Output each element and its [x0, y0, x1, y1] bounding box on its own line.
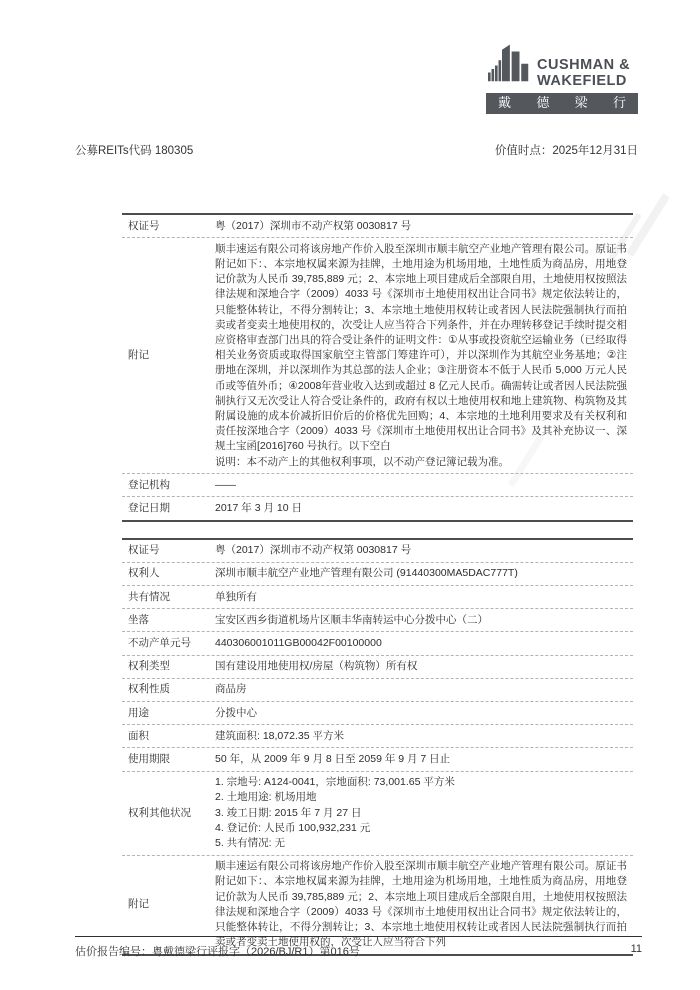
- certificate-table-1: 权证号 粤（2017）深圳市不动产权第 0030817 号 附记 顺丰速运有限公…: [122, 213, 633, 522]
- row-label: 附记: [122, 238, 215, 473]
- row-label: 不动产单元号: [122, 632, 215, 654]
- table-row: 权证号 粤（2017）深圳市不动产权第 0030817 号: [122, 540, 633, 563]
- row-label: 使用期限: [122, 748, 215, 770]
- certificate-table-2: 权证号 粤（2017）深圳市不动产权第 0030817 号 权利人 深圳市顺丰航…: [122, 538, 633, 956]
- table-row: 使用期限 50 年，从 2009 年 9 月 8 日至 2059 年 9 月 7…: [122, 748, 633, 771]
- row-value: 2017 年 3 月 10 日: [215, 497, 633, 519]
- table-row: 登记日期 2017 年 3 月 10 日: [122, 497, 633, 519]
- row-label: 共有情况: [122, 586, 215, 608]
- cushman-wakefield-logo: CUSHMAN & WAKEFIELD 戴德梁行: [486, 40, 638, 114]
- row-label: 权利性质: [122, 679, 215, 701]
- row-value: 宝安区西乡街道机场片区顺丰华南转运中心分拨中心（二）: [215, 609, 633, 631]
- brand-line1: CUSHMAN &: [537, 57, 630, 73]
- page-footer: 估价报告编号：粤戴德梁行评报字（2026/BJ/R1）第016号 11: [75, 936, 642, 959]
- table-row: 权利性质 商品房: [122, 679, 633, 702]
- row-label: 用途: [122, 702, 215, 724]
- table-row: 面积 建筑面积: 18,072.35 平方米: [122, 725, 633, 748]
- report-page: CUSHMAN & WAKEFIELD 戴德梁行 公募REITs代码 18030…: [0, 0, 700, 990]
- brand-chinese-banner: 戴德梁行: [486, 93, 638, 114]
- row-label: 权利人: [122, 563, 215, 585]
- brand-line2: WAKEFIELD: [537, 73, 627, 89]
- table-row: 权证号 粤（2017）深圳市不动产权第 0030817 号: [122, 215, 633, 238]
- building-skyline-icon: [488, 40, 530, 89]
- table-row: 不动产单元号 440306001011GB00042F00100000: [122, 632, 633, 655]
- row-value: 50 年，从 2009 年 9 月 8 日至 2059 年 9 月 7 日止: [215, 748, 633, 770]
- row-value: 粤（2017）深圳市不动产权第 0030817 号: [215, 540, 633, 562]
- brand-name: CUSHMAN & WAKEFIELD: [537, 57, 630, 89]
- row-value: 分拨中心: [215, 702, 633, 724]
- row-value: 顺丰速运有限公司将该房地产作价入股至深圳市顺丰航空产业地产管理有限公司。原证书附…: [215, 238, 633, 473]
- page-number: 11: [631, 943, 642, 959]
- meta-row: 公募REITs代码 180305 价值时点：2025年12月31日: [75, 142, 638, 158]
- row-value: ——: [215, 474, 633, 496]
- row-label: 权证号: [122, 215, 215, 237]
- table-row: 附记 顺丰速运有限公司将该房地产作价入股至深圳市顺丰航空产业地产管理有限公司。原…: [122, 238, 633, 474]
- table-row: 共有情况 单独所有: [122, 586, 633, 609]
- reit-code: 公募REITs代码 180305: [75, 142, 193, 158]
- row-value: 单独所有: [215, 586, 633, 608]
- table-row: 权利人 深圳市顺丰航空产业地产管理有限公司 (91440300MA5DAC777…: [122, 563, 633, 586]
- row-label: 权利其他状况: [122, 772, 215, 855]
- row-value: 国有建设用地使用权/房屋（构筑物）所有权: [215, 656, 633, 678]
- row-label: 登记机构: [122, 474, 215, 496]
- row-value: 深圳市顺丰航空产业地产管理有限公司 (91440300MA5DAC777T): [215, 563, 633, 585]
- row-value: 建筑面积: 18,072.35 平方米: [215, 725, 633, 747]
- table-row: 用途 分拨中心: [122, 702, 633, 725]
- table-row: 登记机构 ——: [122, 474, 633, 497]
- value-date: 价值时点：2025年12月31日: [495, 142, 638, 158]
- row-value: 440306001011GB00042F00100000: [215, 632, 633, 654]
- row-label: 面积: [122, 725, 215, 747]
- table-row: 坐落 宝安区西乡街道机场片区顺丰华南转运中心分拨中心（二）: [122, 609, 633, 632]
- row-label: 权证号: [122, 540, 215, 562]
- row-value: 商品房: [215, 679, 633, 701]
- table-row: 权利其他状况 1. 宗地号: A124-0041，宗地面积: 73,001.65…: [122, 772, 633, 856]
- certificate-tables: 权证号 粤（2017）深圳市不动产权第 0030817 号 附记 顺丰速运有限公…: [122, 213, 633, 956]
- row-value: 1. 宗地号: A124-0041，宗地面积: 73,001.65 平方米 2.…: [215, 772, 633, 855]
- row-value: 粤（2017）深圳市不动产权第 0030817 号: [215, 215, 633, 237]
- table-row: 权利类型 国有建设用地使用权/房屋（构筑物）所有权: [122, 656, 633, 679]
- row-label: 权利类型: [122, 656, 215, 678]
- report-number: 估价报告编号：粤戴德梁行评报字（2026/BJ/R1）第016号: [75, 943, 360, 959]
- row-label: 坐落: [122, 609, 215, 631]
- row-label: 登记日期: [122, 497, 215, 519]
